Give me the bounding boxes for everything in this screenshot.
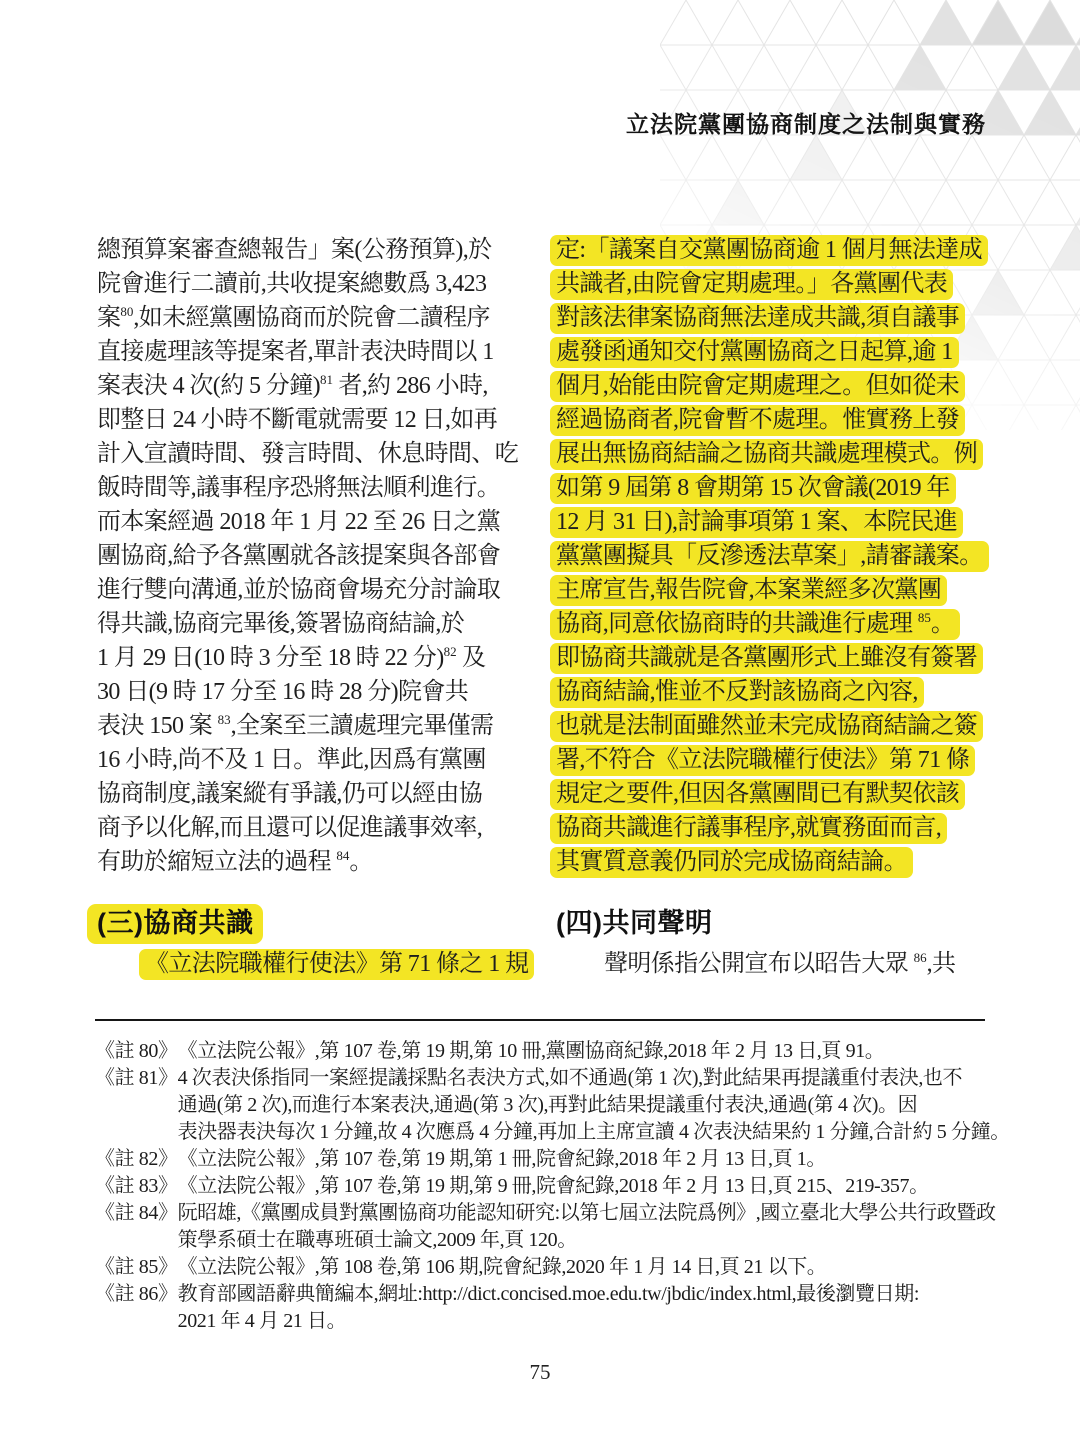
- highlight: 黨黨團擬具「反滲透法草案」,請審議案。: [550, 541, 989, 572]
- footnote-reference: 85: [918, 610, 931, 625]
- column-left: 總預算案審查總報告」案(公務預算),於院會進行二讀前,共收提案總數爲 3,423…: [97, 233, 543, 981]
- page: 立法院黨團協商制度之法制與實務 總預算案審查總報告」案(公務預算),於院會進行二…: [0, 0, 1080, 1440]
- body-line: 有助於縮短立法的過程 84。: [97, 845, 543, 879]
- footnote-text: 《立法院公報》,第 107 卷,第 19 期,第 10 冊,黨團協商紀錄,201…: [178, 1038, 885, 1065]
- body-line: 案表決 4 次(約 5 分鐘)81 者,約 286 小時,: [97, 369, 543, 403]
- body-line: 主席宣告,報告院會,本案業經多次黨團: [556, 573, 1002, 607]
- footnote-label: 《註 82》: [95, 1146, 178, 1173]
- footnote-line: 表決器表決每次 1 分鐘,故 4 次應爲 4 分鐘,再加上主席宣讀 4 次表決結…: [178, 1119, 1010, 1146]
- body-line: 協商共識進行議事程序,就實務面而言,: [556, 811, 1002, 845]
- footnote-line: 策學系碩士在職專班碩士論文,2009 年,頁 120。: [178, 1227, 996, 1254]
- body-line: 案80,如未經黨團協商而於院會二讀程序: [97, 301, 543, 335]
- footnote-label: 《註 81》: [95, 1065, 178, 1146]
- footnote-text: 《立法院公報》,第 107 卷,第 19 期,第 9 冊,院會紀錄,2018 年…: [178, 1173, 929, 1200]
- footnote-row: 《註 80》《立法院公報》,第 107 卷,第 19 期,第 10 冊,黨團協商…: [95, 1038, 1000, 1065]
- footnote-line: 《立法院公報》,第 108 卷,第 106 期,院會紀錄,2020 年 1 月 …: [178, 1254, 827, 1281]
- body-line: 其實質意義仍同於完成協商結論。: [556, 845, 1002, 879]
- body-line: 展出無協商結論之協商共識處理模式。例: [556, 437, 1002, 471]
- section-heading-statement: (四)共同聲明: [556, 903, 1002, 943]
- body-line: 個月,始能由院會定期處理之。但如從未: [556, 369, 1002, 403]
- body-line: 經過協商者,院會暫不處理。惟實務上發: [556, 403, 1002, 437]
- body-line: 30 日(9 時 17 分至 16 時 28 分)院會共: [97, 675, 543, 709]
- highlight: 規定之要件,但因各黨團間已有默契依該: [550, 779, 965, 810]
- body-line: 聲明係指公開宣布以昭告大眾 86,共: [556, 947, 1002, 981]
- footnote-label: 《註 85》: [95, 1254, 178, 1281]
- highlight: 12 月 31 日),討論事項第 1 案、本院民進: [550, 507, 963, 538]
- body-line: 《立法院職權行使法》第 71 條之 1 規: [97, 947, 543, 981]
- highlight: 定:「議案自交黨團協商逾 1 個月無法達成: [550, 235, 988, 266]
- body-line: 進行雙向溝通,並於協商會場充分討論取: [97, 573, 543, 607]
- body-line: 計入宣讀時間、發言時間、休息時間、吃: [97, 437, 543, 471]
- body-line: 1 月 29 日(10 時 3 分至 18 時 22 分)82 及: [97, 641, 543, 675]
- highlight: 也就是法制面雖然並未完成協商結論之簽: [550, 711, 983, 742]
- highlight: 其實質意義仍同於完成協商結論。: [550, 847, 913, 878]
- body-line: 署,不符合《立法院職權行使法》第 71 條: [556, 743, 1002, 777]
- footnote-label: 《註 80》: [95, 1038, 178, 1065]
- body-line: 也就是法制面雖然並未完成協商結論之簽: [556, 709, 1002, 743]
- footnote-reference: 81: [320, 372, 333, 387]
- footnote-row: 《註 85》《立法院公報》,第 108 卷,第 106 期,院會紀錄,2020 …: [95, 1254, 1000, 1281]
- highlight: 《立法院職權行使法》第 71 條之 1 規: [139, 949, 534, 980]
- footnote-line: 通過(第 2 次),而進行本案表決,通過(第 3 次),再對此結果提議重付表決,…: [178, 1092, 1010, 1119]
- body-line: 得共識,協商完畢後,簽署協商結論,於: [97, 607, 543, 641]
- body-line: 黨黨團擬具「反滲透法草案」,請審議案。: [556, 539, 1002, 573]
- section-heading-consensus-label: (三)協商共識: [87, 904, 263, 944]
- footnote-row: 《註 84》阮昭雄,《黨團成員對黨團協商功能認知研究:以第七屆立法院爲例》,國立…: [95, 1200, 1000, 1254]
- highlight: 協商共識進行議事程序,就實務面而言,: [550, 813, 947, 844]
- footnote-text: 教育部國語辭典簡編本,網址:http://dict.concised.moe.e…: [178, 1281, 919, 1335]
- footnote-row: 《註 83》《立法院公報》,第 107 卷,第 19 期,第 9 冊,院會紀錄,…: [95, 1173, 1000, 1200]
- running-header-title: 立法院黨團協商制度之法制與實務: [626, 106, 986, 139]
- footnote-line: 《立法院公報》,第 107 卷,第 19 期,第 9 冊,院會紀錄,2018 年…: [178, 1173, 929, 1200]
- body-line: 即整日 24 小時不斷電就需要 12 日,如再: [97, 403, 543, 437]
- footnote-text: 4 次表決係指同一案經提議採點名表決方式,如不通過(第 1 次),對此結果再提議…: [178, 1065, 1010, 1146]
- footnote-line: 《立法院公報》,第 107 卷,第 19 期,第 1 冊,院會紀錄,2018 年…: [178, 1146, 826, 1173]
- body-line: 共識者,由院會定期處理。」各黨團代表: [556, 267, 1002, 301]
- footnote-row: 《註 81》4 次表決係指同一案經提議採點名表決方式,如不通過(第 1 次),對…: [95, 1065, 1000, 1146]
- body-line: 協商結論,惟並不反對該協商之內容,: [556, 675, 1002, 709]
- footnote-text: 阮昭雄,《黨團成員對黨團協商功能認知研究:以第七屆立法院爲例》,國立臺北大學公共…: [178, 1200, 996, 1254]
- column-right: 定:「議案自交黨團協商逾 1 個月無法達成共識者,由院會定期處理。」各黨團代表對…: [556, 233, 1002, 981]
- footnote-line: 《立法院公報》,第 107 卷,第 19 期,第 10 冊,黨團協商紀錄,201…: [178, 1038, 885, 1065]
- section-heading-consensus: (三)協商共識: [97, 903, 543, 943]
- highlight: 共識者,由院會定期處理。」各黨團代表: [550, 269, 953, 300]
- body-line: 協商,同意依協商時的共識進行處理 85。: [556, 607, 1002, 641]
- body-line: 團協商,給予各黨團就各該提案與各部會: [97, 539, 543, 573]
- body-line: 處發函通知交付黨團協商之日起算,逾 1: [556, 335, 1002, 369]
- body-line: 飯時間等,議事程序恐將無法順利進行。: [97, 471, 543, 505]
- footnote-text: 《立法院公報》,第 107 卷,第 19 期,第 1 冊,院會紀錄,2018 年…: [178, 1146, 826, 1173]
- body-line: 而本案經過 2018 年 1 月 22 至 26 日之黨: [97, 505, 543, 539]
- body-line: 直接處理該等提案者,單計表決時間以 1: [97, 335, 543, 369]
- body-line: 定:「議案自交黨團協商逾 1 個月無法達成: [556, 233, 1002, 267]
- footnote-label: 《註 83》: [95, 1173, 178, 1200]
- footnote-label: 《註 84》: [95, 1200, 178, 1254]
- left-body: 總預算案審查總報告」案(公務預算),於院會進行二讀前,共收提案總數爲 3,423…: [97, 233, 543, 879]
- highlight: 如第 9 屆第 8 會期第 15 次會議(2019 年: [550, 473, 956, 504]
- footnote-line: 4 次表決係指同一案經提議採點名表決方式,如不通過(第 1 次),對此結果再提議…: [178, 1065, 1010, 1092]
- section-heading-statement-label: (四)共同聲明: [556, 908, 712, 938]
- highlight: 即協商共識就是各黨團形式上雖沒有簽署: [550, 643, 983, 674]
- footnote-row: 《註 82》《立法院公報》,第 107 卷,第 19 期,第 1 冊,院會紀錄,…: [95, 1146, 1000, 1173]
- footnote-separator-rule: [95, 1019, 985, 1021]
- body-line: 規定之要件,但因各黨團間已有默契依該: [556, 777, 1002, 811]
- footnote-reference: 84: [336, 848, 349, 863]
- body-line: 協商制度,議案縱有爭議,仍可以經由協: [97, 777, 543, 811]
- highlight: 展出無協商結論之協商共識處理模式。例: [550, 439, 983, 470]
- highlight: 個月,始能由院會定期處理之。但如從未: [550, 371, 965, 402]
- body-line: 表決 150 案 83,全案至三讀處理完畢僅需: [97, 709, 543, 743]
- right-tail: 聲明係指公開宣布以昭告大眾 86,共: [556, 947, 1002, 981]
- body-line: 總預算案審查總報告」案(公務預算),於: [97, 233, 543, 267]
- body-line: 即協商共識就是各黨團形式上雖沒有簽署: [556, 641, 1002, 675]
- body-line: 如第 9 屆第 8 會期第 15 次會議(2019 年: [556, 471, 1002, 505]
- footnote-line: 阮昭雄,《黨團成員對黨團協商功能認知研究:以第七屆立法院爲例》,國立臺北大學公共…: [178, 1200, 996, 1227]
- body-line: 12 月 31 日),討論事項第 1 案、本院民進: [556, 505, 1002, 539]
- body-line: 16 小時,尚不及 1 日。準此,因爲有黨團: [97, 743, 543, 777]
- highlight: 主席宣告,報告院會,本案業經多次黨團: [550, 575, 947, 606]
- footnote-line: 教育部國語辭典簡編本,網址:http://dict.concised.moe.e…: [178, 1281, 919, 1308]
- body-line: 對該法律案協商無法達成共識,須自議事: [556, 301, 1002, 335]
- left-tail: 《立法院職權行使法》第 71 條之 1 規: [97, 947, 543, 981]
- highlight: 協商結論,惟並不反對該協商之內容,: [550, 677, 924, 708]
- footnote-text: 《立法院公報》,第 108 卷,第 106 期,院會紀錄,2020 年 1 月 …: [178, 1254, 827, 1281]
- footnote-line: 2021 年 4 月 21 日。: [178, 1308, 919, 1335]
- footnote-row: 《註 86》教育部國語辭典簡編本,網址:http://dict.concised…: [95, 1281, 1000, 1335]
- body-line: 院會進行二讀前,共收提案總數爲 3,423: [97, 267, 543, 301]
- footnote-reference: 83: [218, 712, 231, 727]
- page-number: 75: [0, 1360, 1080, 1385]
- highlight: 經過協商者,院會暫不處理。惟實務上發: [550, 405, 965, 436]
- footnote-reference: 80: [120, 304, 133, 319]
- highlight: 對該法律案協商無法達成共識,須自議事: [550, 303, 965, 334]
- highlight: 署,不符合《立法院職權行使法》第 71 條: [550, 745, 975, 776]
- right-body: 定:「議案自交黨團協商逾 1 個月無法達成共識者,由院會定期處理。」各黨團代表對…: [556, 233, 1002, 879]
- highlight: 處發函通知交付黨團協商之日起算,逾 1: [550, 337, 959, 368]
- footnote-reference: 86: [914, 950, 927, 965]
- highlight: 協商,同意依協商時的共識進行處理 85。: [550, 609, 960, 640]
- body-line: 商予以化解,而且還可以促進議事效率,: [97, 811, 543, 845]
- footnotes: 《註 80》《立法院公報》,第 107 卷,第 19 期,第 10 冊,黨團協商…: [95, 1038, 1000, 1335]
- footnote-label: 《註 86》: [95, 1281, 178, 1335]
- footnote-reference: 82: [444, 644, 457, 659]
